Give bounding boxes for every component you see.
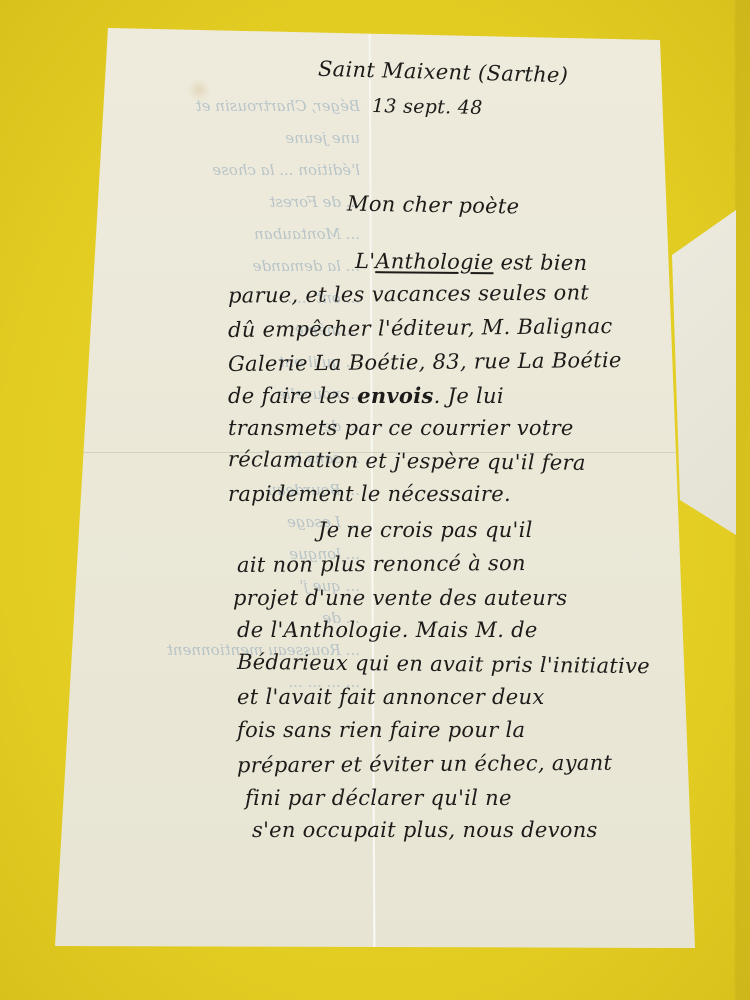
paper-stain: [188, 78, 210, 102]
letter-place: Saint Maixent (Sarthe): [318, 57, 569, 88]
body-text: L': [355, 249, 376, 273]
body-line: rapidement le nécessaire.: [228, 482, 511, 506]
body-line: Bédarieux qui en avait pris l'initiative: [237, 650, 650, 678]
letter-sheet: Béger, Chartrousin et une jeune l'éditio…: [0, 0, 750, 1000]
body-line: préparer et éviter un échec, ayant: [237, 751, 612, 778]
letter-salutation: Mon cher poète: [347, 191, 520, 218]
body-text: est bien: [493, 250, 587, 275]
body-line: L'Anthologie est bien: [355, 249, 588, 275]
body-line: Je ne crois pas qu'il: [318, 518, 533, 542]
body-line: de l'Anthologie. Mais M. de: [237, 618, 538, 642]
body-line: projet d'une vente des auteurs: [233, 586, 567, 610]
body-line: fini par déclarer qu'il ne: [245, 786, 512, 810]
showthrough-line: l'édition ... la chose: [110, 154, 360, 186]
showthrough-line: ... la demande: [110, 250, 360, 282]
showthrough-line: une jeune: [110, 122, 360, 154]
letter-date: 13 sept. 48: [372, 95, 483, 119]
anthologie-underlined: Anthologie: [375, 249, 493, 274]
body-line: fois sans rien faire pour la: [237, 718, 525, 742]
body-line: de faire les envois. Je lui: [228, 383, 504, 408]
body-text: de faire les: [228, 384, 357, 408]
showthrough-line: ... Montauban: [110, 218, 360, 250]
body-line: s'en occupait plus, nous devons: [252, 818, 598, 842]
body-line: réclamation et j'espère qu'il fera: [228, 447, 586, 475]
body-line: et l'avait fait annoncer deux: [237, 685, 544, 709]
showthrough-line: Béger, Chartrousin et: [110, 90, 360, 122]
body-line: ait non plus renoncé à son: [237, 551, 526, 577]
body-line: transmets par ce courrier votre: [228, 416, 574, 440]
body-line: Galerie La Boétie, 83, rue La Boétie: [228, 348, 622, 376]
body-line: dû empêcher l'éditeur, M. Balignac: [228, 314, 613, 342]
body-text: . Je lui: [434, 384, 504, 408]
envois-bold: envois: [357, 383, 433, 408]
showthrough-line: ... de Forest: [110, 186, 360, 218]
body-line: parue, et les vacances seules ont: [228, 280, 589, 307]
